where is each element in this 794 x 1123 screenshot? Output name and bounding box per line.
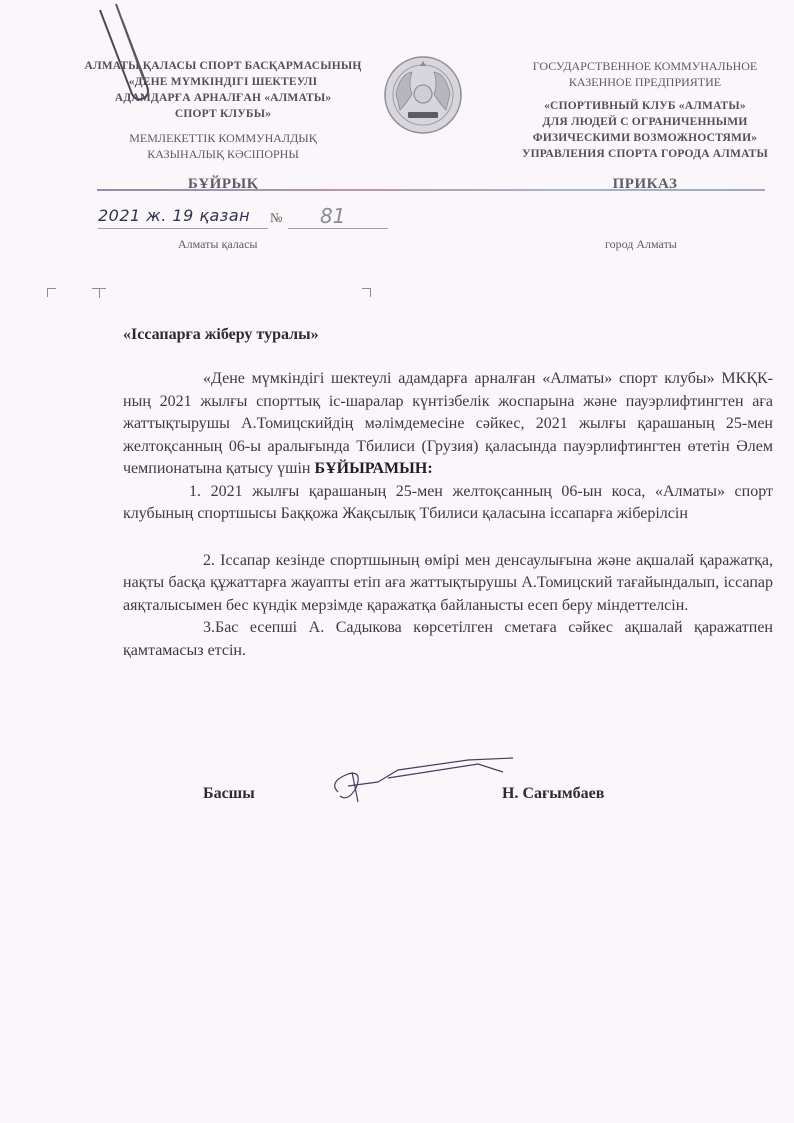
order-body: «Дене мүмкіндігі шектеулі адамдарға арна… xyxy=(123,368,773,662)
city-russian: город Алматы xyxy=(605,237,677,252)
corner-mark xyxy=(362,288,371,297)
org-name-line: ДЛЯ ЛЮДЕЙ С ОГРАНИЧЕННЫМИ xyxy=(500,114,790,130)
order-item: 2. Іссапар кезінде спортшының өмірі мен … xyxy=(123,550,773,618)
corner-mark xyxy=(99,288,100,298)
handwritten-signature xyxy=(318,752,518,812)
org-type-line: КАЗЕННОЕ ПРЕДПРИЯТИЕ xyxy=(500,74,790,90)
signatory-role: Басшы xyxy=(203,785,255,803)
org-name-line: АДАМДАРҒА АРНАЛҒАН «АЛМАТЫ» xyxy=(78,90,368,106)
order-number: 81 xyxy=(320,204,345,228)
org-type-line: МЕМЛЕКЕТТІК КОММУНАЛДЫҚ xyxy=(78,130,368,146)
order-item: 3.Бас есепші А. Садыкова көрсетілген сме… xyxy=(123,617,773,662)
org-name-line: ФИЗИЧЕСКИМИ ВОЗМОЖНОСТЯМИ» xyxy=(500,130,790,146)
corner-mark xyxy=(47,288,56,297)
order-word: БҰЙЫРАМЫН: xyxy=(314,460,432,477)
header-divider xyxy=(97,189,765,191)
header-left-kazakh: АЛМАТЫ ҚАЛАСЫ СПОРТ БАСҚАРМАСЫНЫҢ «ДЕНЕ … xyxy=(78,58,368,192)
number-sign: № xyxy=(270,210,282,226)
org-name-line: АЛМАТЫ ҚАЛАСЫ СПОРТ БАСҚАРМАСЫНЫҢ xyxy=(78,58,368,74)
header-right-russian: ГОСУДАРСТВЕННОЕ КОММУНАЛЬНОЕ КАЗЕННОЕ ПР… xyxy=(500,58,790,192)
order-subject: «Іссапарға жіберу туралы» xyxy=(123,326,319,344)
order-date: 2021 ж. 19 қазан xyxy=(98,206,250,225)
signatory-name: Н. Сағымбаев xyxy=(502,785,604,803)
order-item: 1. 2021 жылғы қарашаның 25-мен желтоқсан… xyxy=(123,481,773,526)
org-name-line: СПОРТ КЛУБЫ» xyxy=(78,106,368,122)
preamble-paragraph: «Дене мүмкіндігі шектеулі адамдарға арна… xyxy=(123,368,773,481)
org-name-line: «ДЕНЕ МҮМКІНДІГІ ШЕКТЕУЛІ xyxy=(78,74,368,90)
state-emblem-icon xyxy=(382,54,464,136)
order-date-number: 2021 ж. 19 қазан № 81 xyxy=(98,206,378,230)
org-type-line: КАЗЫНАЛЫҚ КӘСІПОРНЫ xyxy=(78,146,368,162)
org-name-line: «СПОРТИВНЫЙ КЛУБ «АЛМАТЫ» xyxy=(500,98,790,114)
org-type-line: ГОСУДАРСТВЕННОЕ КОММУНАЛЬНОЕ xyxy=(500,58,790,74)
document-page: АЛМАТЫ ҚАЛАСЫ СПОРТ БАСҚАРМАСЫНЫҢ «ДЕНЕ … xyxy=(0,0,794,1123)
org-name-line: УПРАВЛЕНИЯ СПОРТА ГОРОДА АЛМАТЫ xyxy=(500,146,790,162)
city-kazakh: Алматы қаласы xyxy=(178,237,257,252)
